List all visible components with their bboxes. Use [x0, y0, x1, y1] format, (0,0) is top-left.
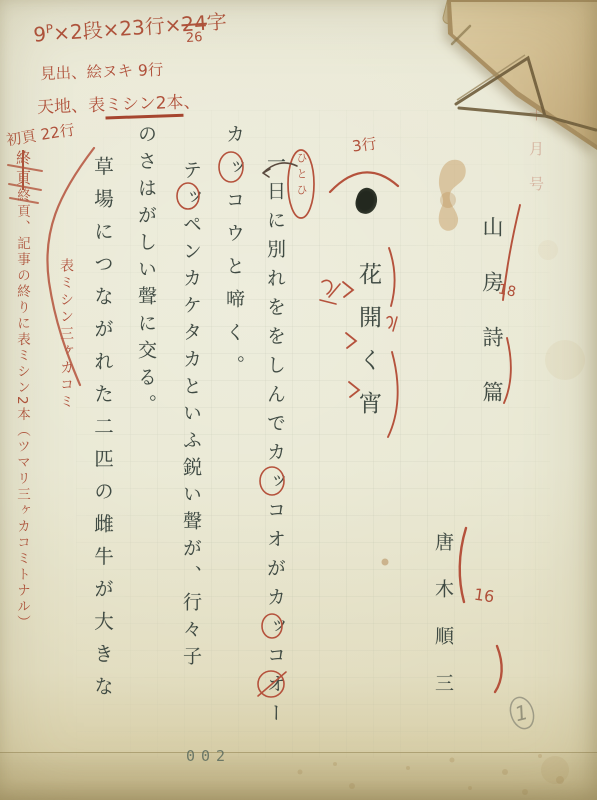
wire-clip-highlight	[457, 55, 525, 100]
wire-clip-bend	[452, 26, 470, 44]
wire-clip-outline	[456, 58, 596, 130]
wire-clip	[0, 0, 597, 800]
manuscript-page: 9P×2段×23行×24字 26 見出、絵ヌキ 9行 天地、表ミシン2本、 初頁…	[0, 0, 597, 800]
